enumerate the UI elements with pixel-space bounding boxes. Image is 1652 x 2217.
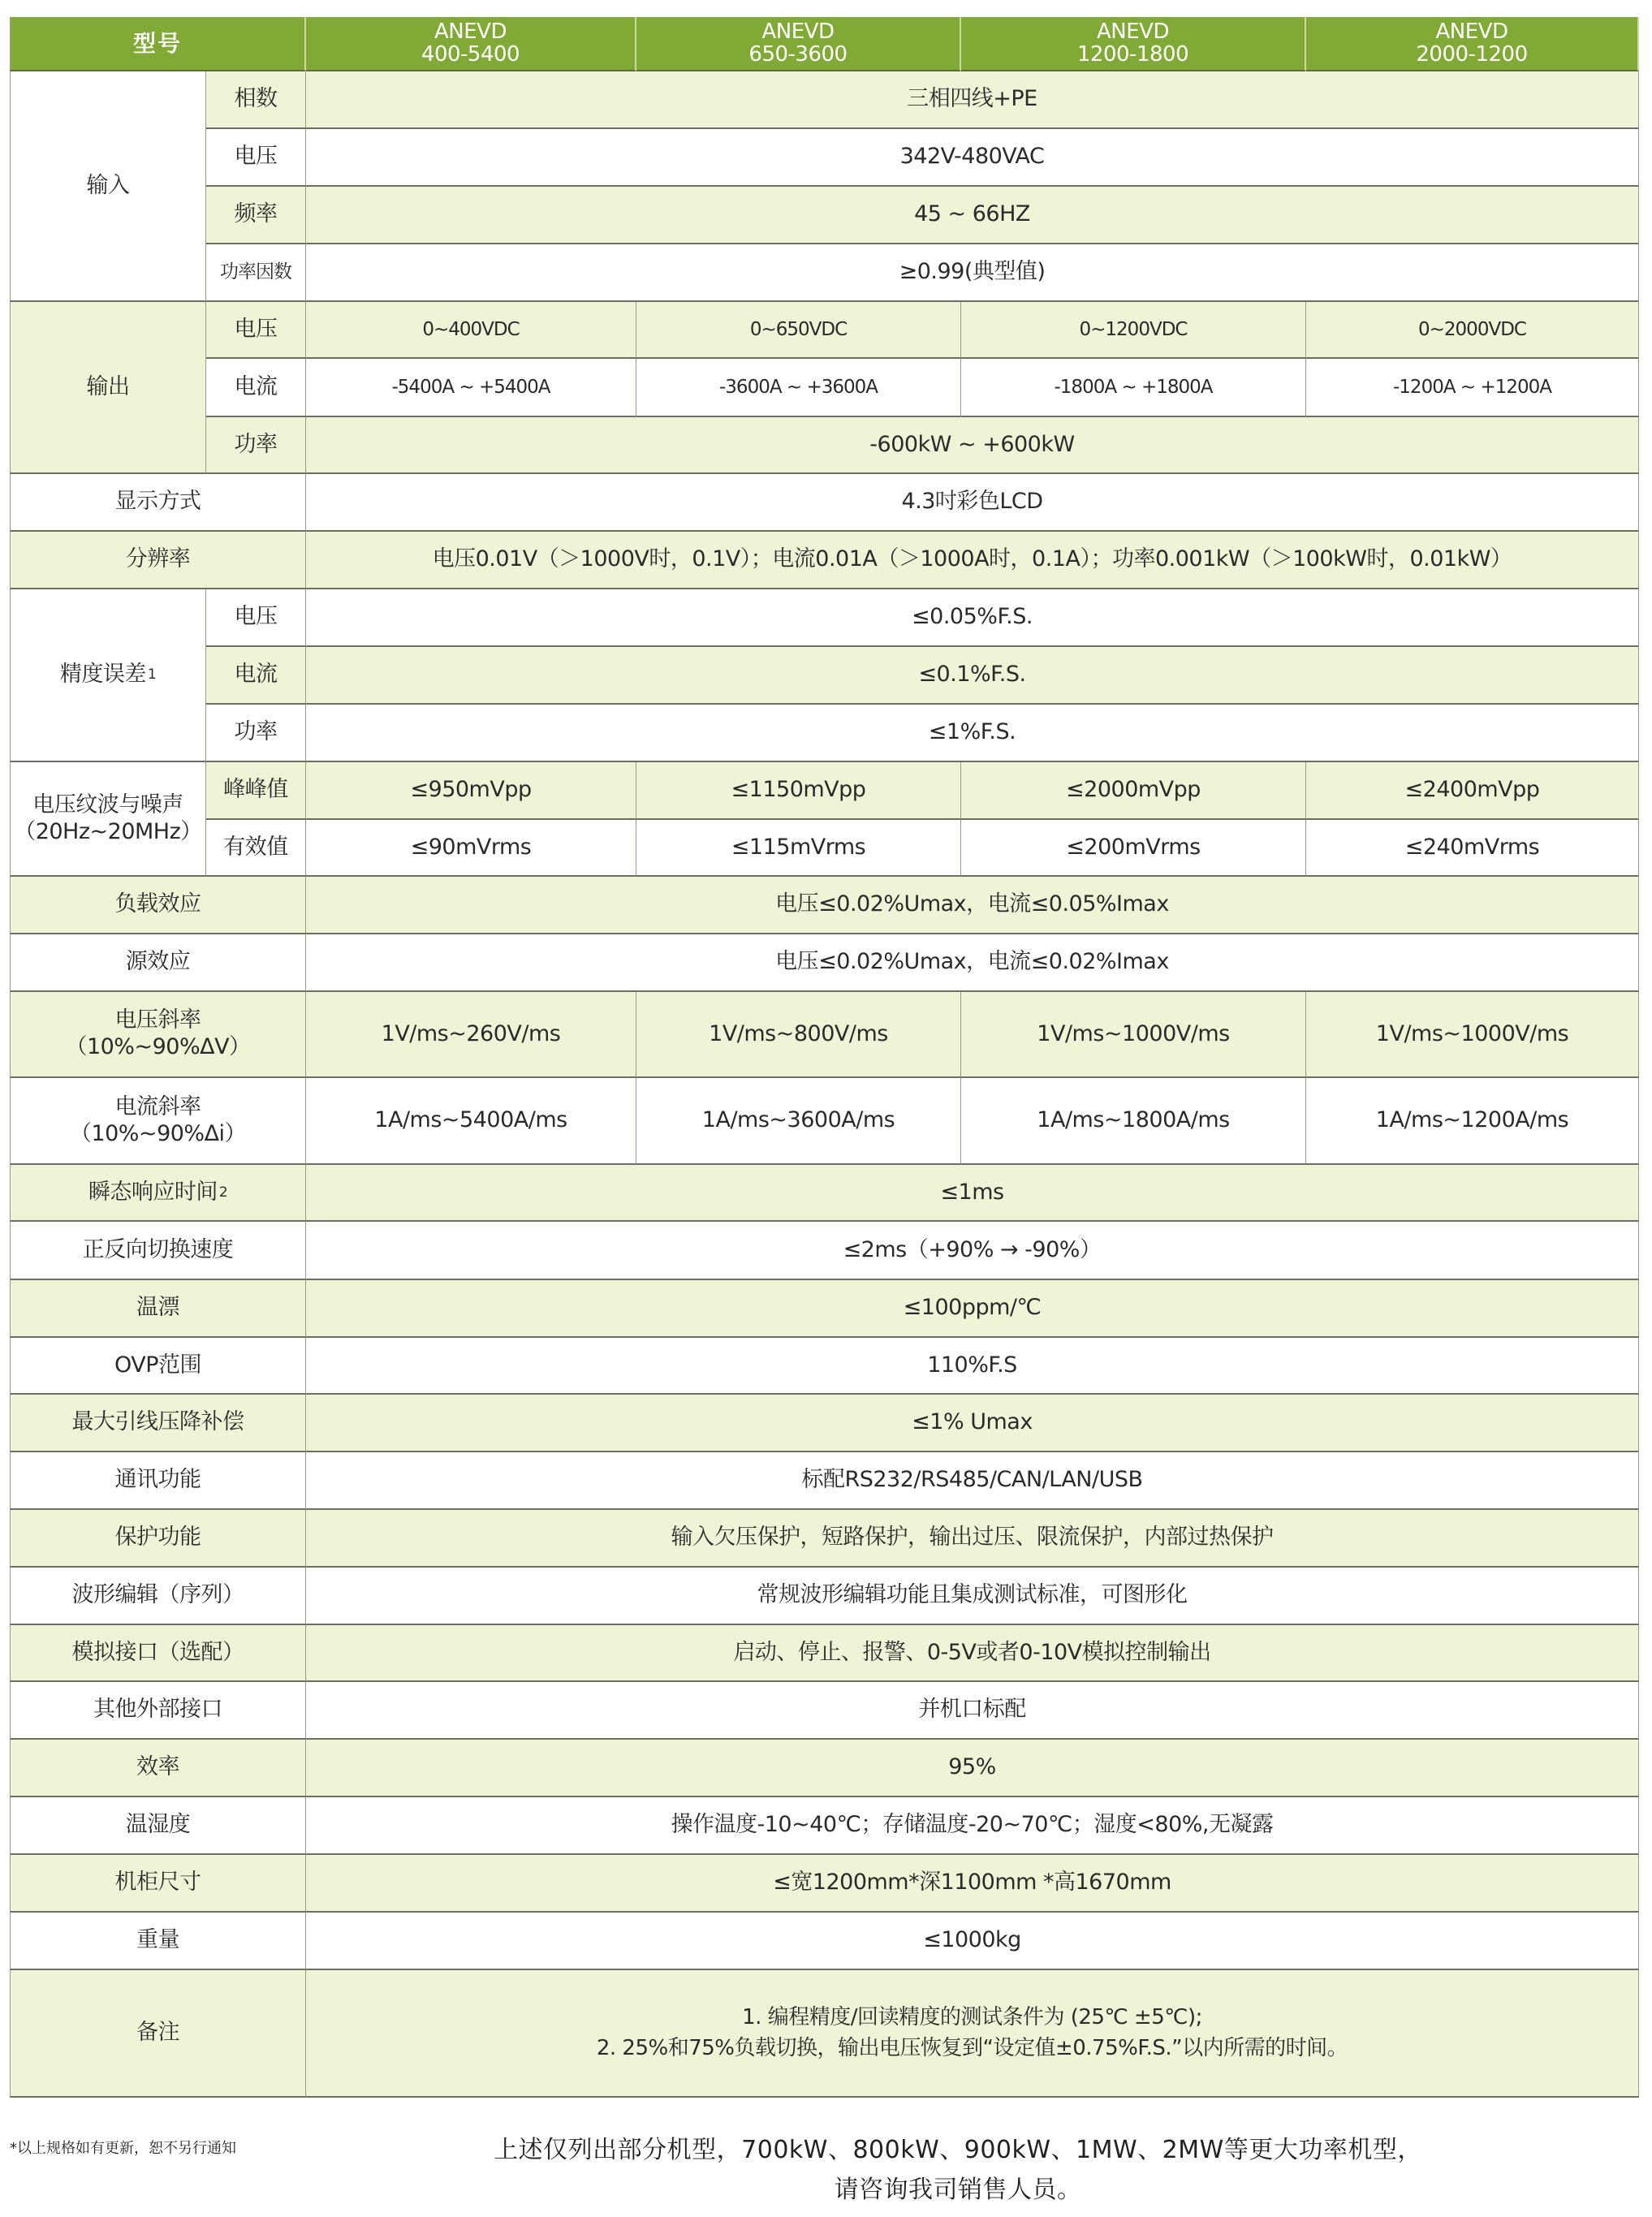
value-cell: 1V/ms~800V/ms [636,992,961,1078]
row-label: 重量 [10,1913,306,1970]
sub-label: 频率 [206,187,306,244]
sub-label-text: 功率因数 [220,261,291,283]
value-cell-text: ≤100ppm/℃ [904,1295,1042,1322]
group-label: 输入 [10,71,206,302]
row-label: 源效应 [10,934,306,992]
value-cell-text: ≤90mVrms [411,835,532,861]
footnote-marker: 2 [219,1184,227,1201]
value-cell: ≤1ms [306,1165,1639,1222]
value-cell: 45 ~ 66HZ [306,187,1639,244]
sub-label-text: 电流 [235,662,278,688]
header-model-1-text: ANEVD 650-3600 [748,21,847,66]
row-label: 电流斜率 （10%~90%Δi） [10,1078,306,1165]
value-cell-text: -1200A ~ +1200A [1393,376,1551,399]
value-cell: ≤1% Umax [306,1395,1639,1452]
value-cell: 1V/ms~1000V/ms [961,992,1306,1078]
row-label-text: 正反向切换速度 [83,1237,234,1264]
row-label-text: 重量 [136,1927,179,1954]
row-label: 其他外部接口 [10,1682,306,1740]
value-cell: 电压≤0.02%Umax，电流≤0.02%Imax [306,934,1639,992]
value-cell-text: ≤115mVrms [731,835,865,861]
value-cell-text: ≤240mVrms [1405,835,1539,861]
header-model-0: ANEVD 400-5400 [306,17,636,71]
value-cell-text: 1A/ms~5400A/ms [374,1107,567,1134]
value-cell: ≤950mVpp [306,762,636,820]
row-label: 瞬态响应时间2 [10,1165,306,1222]
row-label-text: 瞬态响应时间 [88,1180,218,1206]
group-label-text: 输出 [87,374,130,401]
value-cell: ≤100ppm/℃ [306,1280,1639,1338]
sub-label: 功率 [206,705,306,762]
value-cell-text: -1800A ~ +1800A [1055,376,1213,399]
value-cell-text: ≤1%F.S. [929,719,1016,746]
disclaimer-note: *以上规格如有更新，恕不另行通知 [10,2137,236,2158]
value-cell: 1A/ms~5400A/ms [306,1078,636,1165]
value-cell-text: 启动、停止、报警、0-5V或者0-10V模拟控制输出 [733,1640,1210,1667]
sub-label: 峰峰值 [206,762,306,820]
row-label-text: 其他外部接口 [93,1697,222,1723]
row-label: 备注 [10,1970,306,2098]
header-model-1: ANEVD 650-3600 [636,17,961,71]
row-label-text: 通讯功能 [115,1467,201,1494]
value-cell: 1A/ms~3600A/ms [636,1078,961,1165]
value-cell-text: ≤1ms [940,1180,1003,1206]
header-model-0-text: ANEVD 400-5400 [421,21,520,66]
value-cell-text: 1V/ms~1000V/ms [1376,1021,1568,1048]
sub-label: 电流 [206,359,306,417]
value-cell: ≤0.05%F.S. [306,589,1639,647]
header-model-2-text: ANEVD 1200-1800 [1077,21,1188,66]
value-cell-text: ≤1150mVpp [731,777,866,804]
value-cell-text: 标配RS232/RS485/CAN/LAN/USB [801,1467,1142,1494]
group-label-text: 输入 [87,173,130,200]
value-cell-text: 1V/ms~1000V/ms [1037,1021,1229,1048]
value-cell-text: 1A/ms~1200A/ms [1376,1107,1568,1134]
value-cell: 1V/ms~1000V/ms [1306,992,1639,1078]
value-cell: ≤1%F.S. [306,705,1639,762]
row-label-text: 电压斜率 （10%~90%ΔV） [65,1007,250,1061]
row-label: 保护功能 [10,1510,306,1568]
value-cell-text: ≤宽1200mm*深1100mm *高1670mm [773,1870,1171,1896]
value-cell: ≤115mVrms [636,820,961,877]
row-label-text: 分辨率 [126,546,191,573]
value-cell-text: 操作温度-10~40℃；存储温度-20~70℃；湿度<80%,无凝露 [671,1812,1273,1839]
value-cell-text: 三相四线+PE [907,86,1037,113]
row-label: 分辨率 [10,532,306,589]
value-cell-text: 95% [948,1754,996,1781]
value-cell: 并机口标配 [306,1682,1639,1740]
value-cell-text: ≤0.1%F.S. [918,662,1025,688]
value-cell: ≤240mVrms [1306,820,1639,877]
value-cell-text: -600kW ~ +600kW [869,432,1074,459]
sub-label-text: 电流 [235,374,278,401]
sub-label-text: 频率 [235,201,278,228]
value-cell-text: 1V/ms~800V/ms [709,1021,888,1048]
row-label: OVP范围 [10,1338,306,1395]
value-cell-text: ≤1000kg [923,1927,1021,1954]
value-cell-text: ≥0.99(典型值) [899,259,1046,286]
sub-label: 相数 [206,71,306,129]
value-cell: ≤1150mVpp [636,762,961,820]
footnote-marker: 1 [148,666,156,684]
value-cell: ≤200mVrms [961,820,1306,877]
sub-label: 功率因数 [206,244,306,302]
value-cell-text: -3600A ~ +3600A [719,376,878,399]
value-cell: -5400A ~ +5400A [306,359,636,417]
value-cell: -1200A ~ +1200A [1306,359,1639,417]
header-model-label-text: 型号 [133,32,182,55]
sub-label: 有效值 [206,820,306,877]
row-label-text: 效率 [136,1754,179,1781]
row-label: 温漂 [10,1280,306,1338]
group-label: 精度误差1 [10,589,206,762]
value-cell-text: 4.3吋彩色LCD [901,489,1042,515]
value-cell-text: ≤2400mVpp [1405,777,1540,804]
value-cell-text: 电压≤0.02%Umax，电流≤0.05%Imax [775,891,1169,918]
row-label: 模拟接口（选配） [10,1625,306,1682]
value-cell: 95% [306,1740,1639,1797]
row-label-text: 显示方式 [115,489,201,515]
value-cell-text: ≤200mVrms [1066,835,1200,861]
row-label-text: 电流斜率 （10%~90%Δi） [70,1094,246,1148]
value-cell-text: 电压0.01V（＞1000V时，0.1V）；电流0.01A（＞1000A时，0.… [433,546,1512,573]
value-cell-text: ≤2000mVpp [1066,777,1201,804]
spec-table: 型号ANEVD 400-5400ANEVD 650-3600ANEVD 1200… [0,0,1652,2111]
value-cell: 0~650VDC [636,302,961,359]
header-model-2: ANEVD 1200-1800 [961,17,1306,71]
value-cell: 1A/ms~1200A/ms [1306,1078,1639,1165]
row-label-text: 负载效应 [115,891,201,918]
value-cell: 电压≤0.02%Umax，电流≤0.05%Imax [306,877,1639,934]
sub-label-text: 电压 [235,144,278,170]
value-cell: -1800A ~ +1800A [961,359,1306,417]
value-cell-text: 0~400VDC [422,318,519,341]
value-cell: ≤宽1200mm*深1100mm *高1670mm [306,1855,1639,1913]
value-cell: 三相四线+PE [306,71,1639,129]
value-cell: ≤0.1%F.S. [306,647,1639,705]
group-label-text: 精度误差 [60,662,146,688]
sub-label-text: 电压 [235,604,278,631]
value-cell-text: 输入欠压保护，短路保护，输出过压、限流保护，内部过热保护 [671,1525,1274,1551]
sub-label-text: 功率 [235,432,278,459]
group-label: 电压纹波与噪声 （20Hz~20MHz） [10,762,206,877]
value-cell-text: ≤950mVpp [410,777,531,804]
header-model-label: 型号 [10,17,306,71]
value-cell-text: 0~2000VDC [1418,318,1526,341]
value-cell: 1. 编程精度/回读精度的测试条件为 (25℃ ±5℃); 2. 25%和75%… [306,1970,1639,2098]
value-cell: 110%F.S [306,1338,1639,1395]
group-label-text: 电压纹波与噪声 （20Hz~20MHz） [14,792,202,846]
value-cell: 标配RS232/RS485/CAN/LAN/USB [306,1452,1639,1510]
sub-label-text: 相数 [235,86,278,113]
value-cell: 0~400VDC [306,302,636,359]
row-label-text: 源效应 [126,949,191,976]
row-label: 机柜尺寸 [10,1855,306,1913]
row-label: 效率 [10,1740,306,1797]
value-cell: ≤90mVrms [306,820,636,877]
value-cell: ≤2400mVpp [1306,762,1639,820]
row-label: 负载效应 [10,877,306,934]
sub-label-text: 电压 [235,317,278,343]
value-cell: -3600A ~ +3600A [636,359,961,417]
value-cell: ≤2000mVpp [961,762,1306,820]
contact-sales-message: 上述仅列出部分机型，700kW、800kW、900kW、1MW、2MW等更大功率… [438,2130,1477,2210]
row-label-text: OVP范围 [114,1352,201,1379]
value-cell-text: 45 ~ 66HZ [914,201,1030,228]
value-cell: ≥0.99(典型值) [306,244,1639,302]
row-label-text: 机柜尺寸 [115,1870,201,1896]
row-label: 波形编辑（序列） [10,1568,306,1625]
row-label: 显示方式 [10,474,306,532]
sub-label-text: 峰峰值 [223,777,288,804]
value-cell: 电压0.01V（＞1000V时，0.1V）；电流0.01A（＞1000A时，0.… [306,532,1639,589]
row-label-text: 波形编辑（序列） [72,1582,244,1609]
sub-label-text: 功率 [235,719,278,746]
sub-label: 电压 [206,589,306,647]
value-cell-text: 0~1200VDC [1080,318,1188,341]
sub-label: 电压 [206,129,306,187]
value-cell: 常规波形编辑功能且集成测试标准，可图形化 [306,1568,1639,1625]
value-cell-text: 常规波形编辑功能且集成测试标准，可图形化 [757,1582,1188,1609]
value-cell-text: ≤1% Umax [912,1409,1033,1436]
row-label-text: 保护功能 [115,1525,201,1551]
value-cell: 0~1200VDC [961,302,1306,359]
value-cell-text: -5400A ~ +5400A [392,376,550,399]
sub-label-text: 有效值 [223,835,288,861]
value-cell: 4.3吋彩色LCD [306,474,1639,532]
row-label-text: 最大引线压降补偿 [72,1409,244,1436]
row-label-text: 模拟接口（选配） [72,1640,244,1667]
value-cell-text: ≤2ms（+90% → -90%） [843,1237,1102,1264]
value-cell: 启动、停止、报警、0-5V或者0-10V模拟控制输出 [306,1625,1639,1682]
value-cell-text: 1V/ms~260V/ms [382,1021,561,1048]
value-cell: 操作温度-10~40℃；存储温度-20~70℃；湿度<80%,无凝露 [306,1797,1639,1855]
value-cell: 输入欠压保护，短路保护，输出过压、限流保护，内部过热保护 [306,1510,1639,1568]
value-cell: ≤1000kg [306,1913,1639,1970]
value-cell-text: 1A/ms~1800A/ms [1037,1107,1229,1134]
value-cell-text: ≤0.05%F.S. [912,604,1033,631]
row-label-text: 温漂 [136,1295,179,1322]
value-cell-text: 0~650VDC [750,318,847,341]
row-label-text: 备注 [136,2020,179,2047]
value-cell-text: 342V-480VAC [900,144,1045,170]
row-label: 电压斜率 （10%~90%ΔV） [10,992,306,1078]
value-cell: 342V-480VAC [306,129,1639,187]
row-label: 正反向切换速度 [10,1222,306,1280]
sub-label: 电压 [206,302,306,359]
value-cell: 0~2000VDC [1306,302,1639,359]
row-label: 最大引线压降补偿 [10,1395,306,1452]
value-cell: -600kW ~ +600kW [306,417,1639,474]
sub-label: 电流 [206,647,306,705]
row-label: 通讯功能 [10,1452,306,1510]
value-cell: 1V/ms~260V/ms [306,992,636,1078]
header-model-3-text: ANEVD 2000-1200 [1416,21,1527,66]
row-label-text: 温湿度 [126,1812,191,1839]
value-cell-text: 1A/ms~3600A/ms [702,1107,895,1134]
group-label: 输出 [10,302,206,474]
header-model-3: ANEVD 2000-1200 [1306,17,1639,71]
value-cell: 1A/ms~1800A/ms [961,1078,1306,1165]
value-cell-text: 电压≤0.02%Umax，电流≤0.02%Imax [775,949,1169,976]
value-cell-text: 110%F.S [927,1352,1017,1379]
sub-label: 功率 [206,417,306,474]
row-label: 温湿度 [10,1797,306,1855]
value-cell-text: 并机口标配 [918,1697,1026,1723]
value-cell: ≤2ms（+90% → -90%） [306,1222,1639,1280]
value-cell-text: 1. 编程精度/回读精度的测试条件为 (25℃ ±5℃); 2. 25%和75%… [597,2003,1348,2064]
